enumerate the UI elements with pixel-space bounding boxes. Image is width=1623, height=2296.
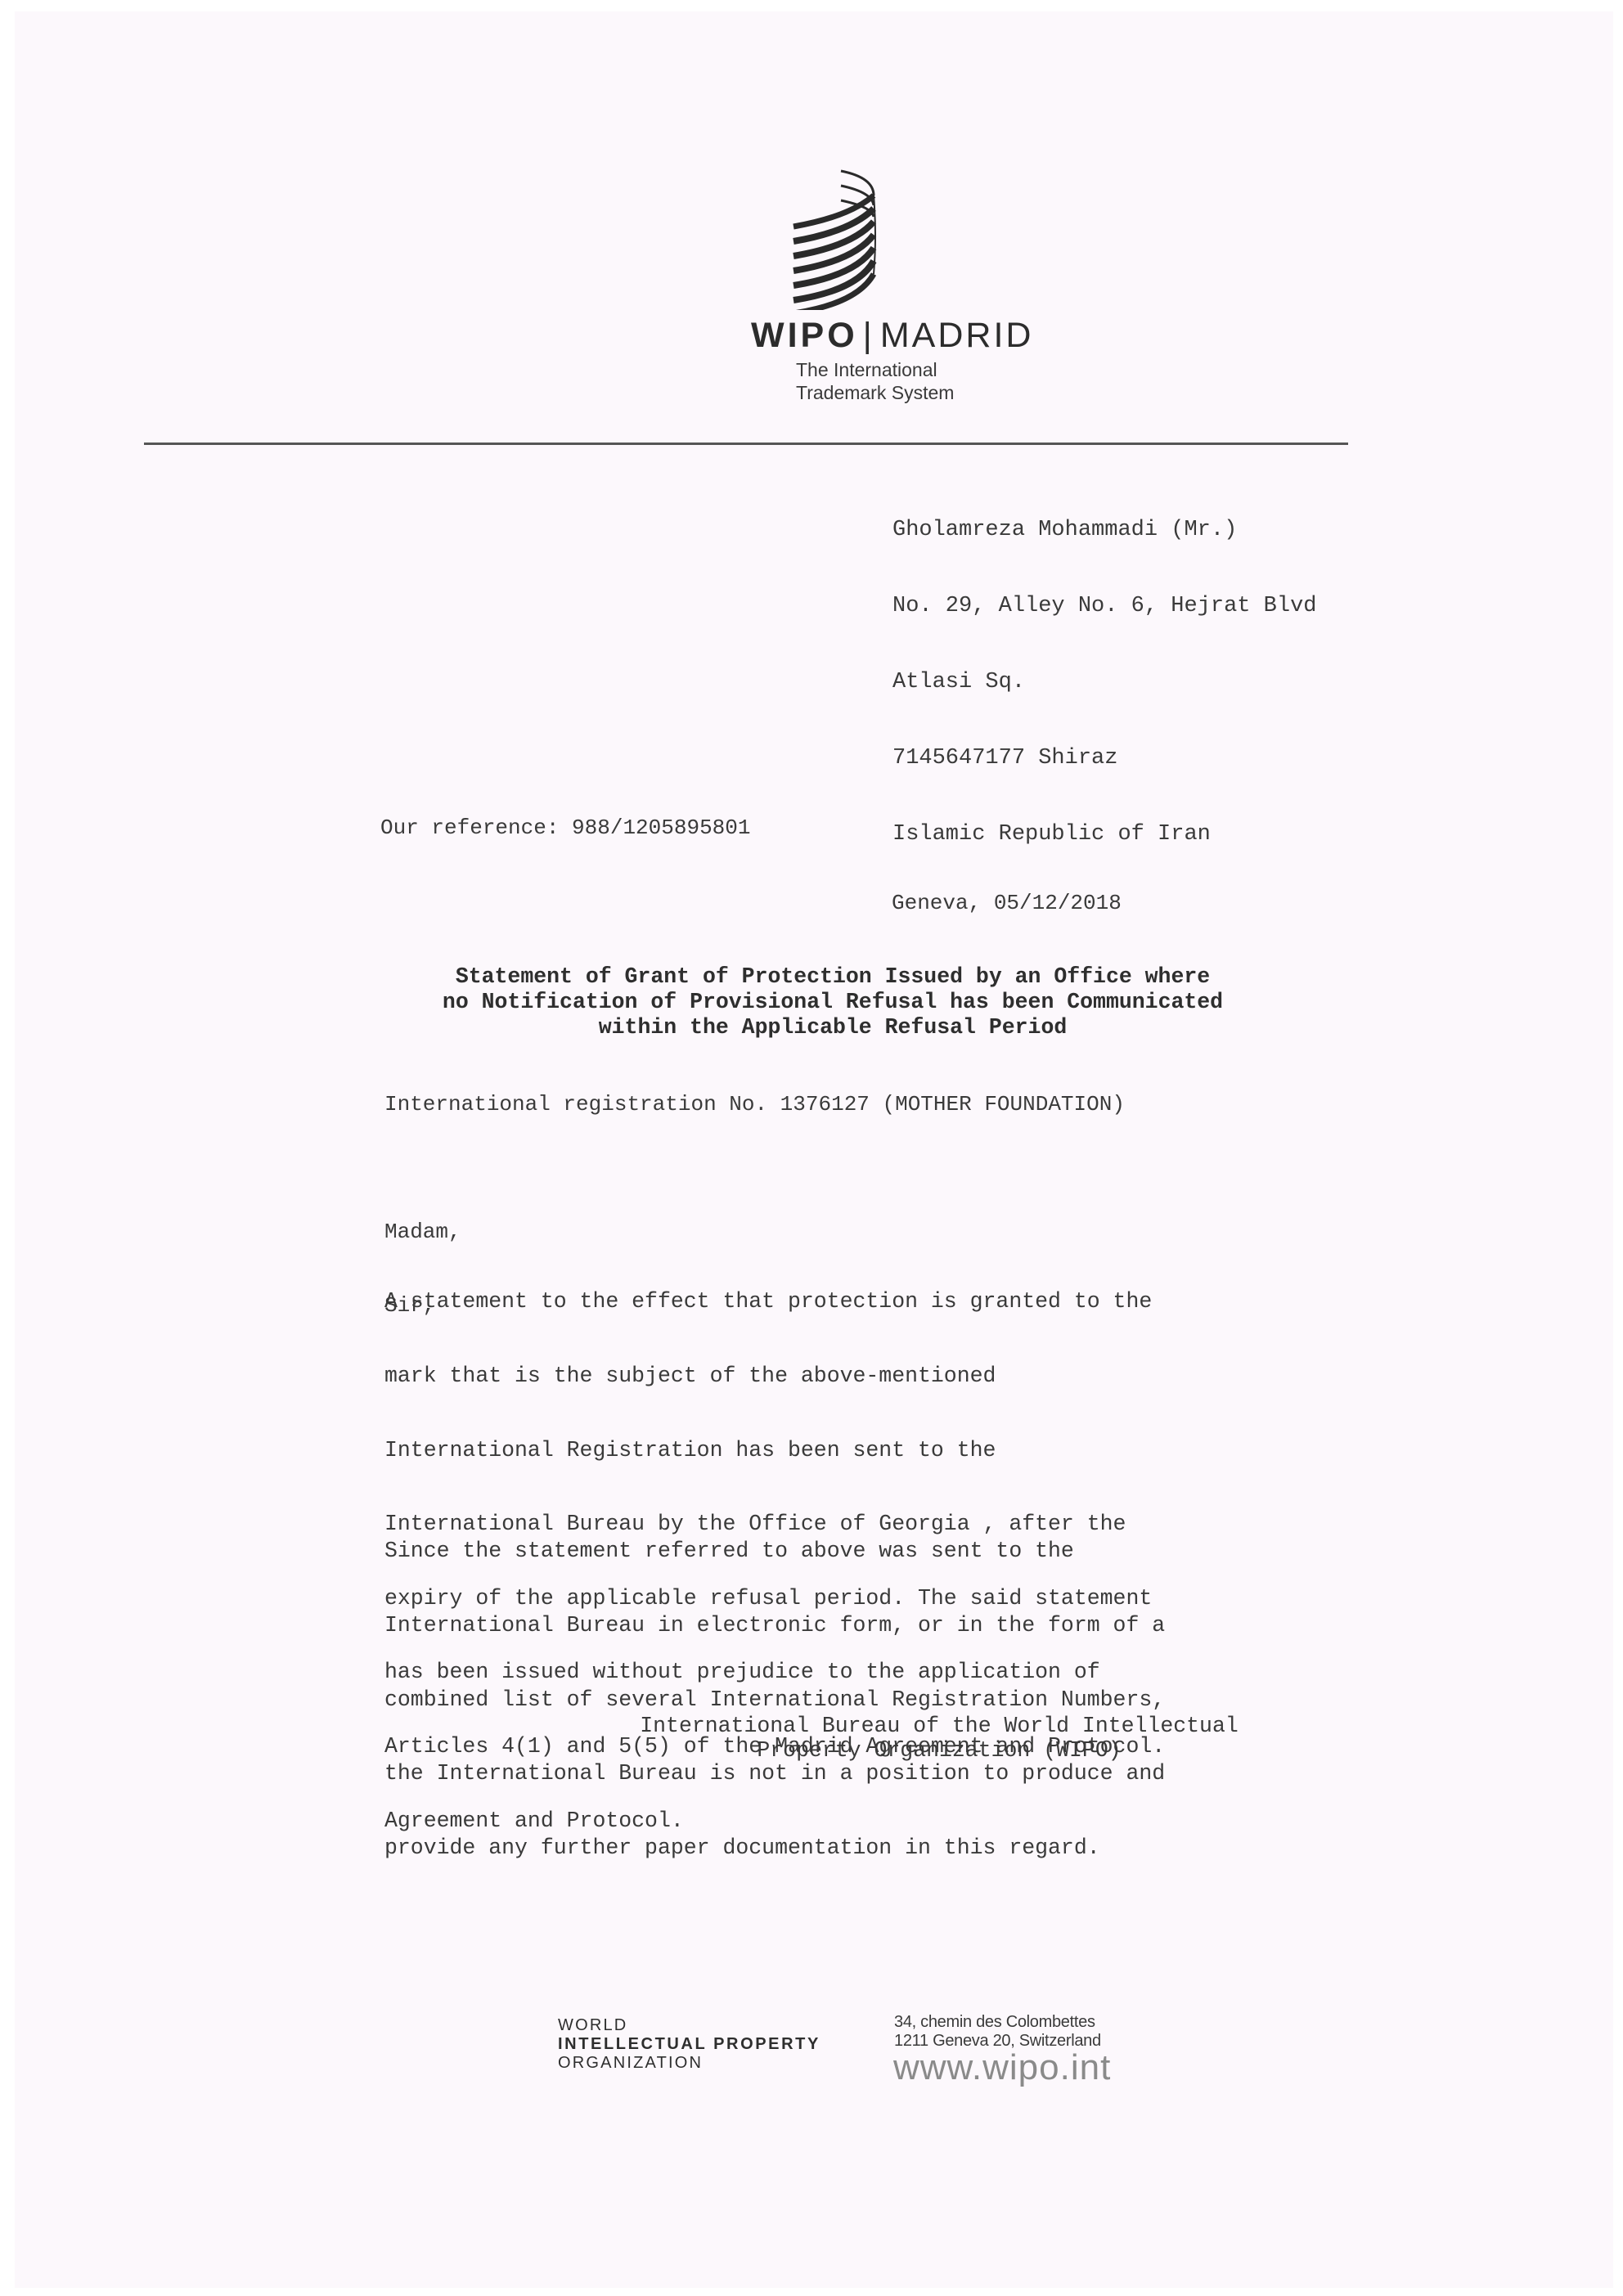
title-line: no Notification of Provisional Refusal h… bbox=[375, 990, 1291, 1015]
paragraph-line: A statement to the effect that protectio… bbox=[384, 1289, 1165, 1314]
logo-subtitle-line: Trademark System bbox=[796, 381, 954, 404]
paragraph-line: Since the statement referred to above wa… bbox=[384, 1539, 1165, 1563]
logo-brand: WIPO bbox=[751, 316, 858, 355]
address-line: Atlasi Sq. bbox=[892, 670, 1316, 695]
footer-address-line: 34, chemin des Colombettes bbox=[894, 2013, 1101, 2032]
signature-line: Property Organization (WIPO) bbox=[579, 1738, 1299, 1763]
paragraph-line: mark that is the subject of the above-me… bbox=[384, 1364, 1165, 1388]
logo-subtitle: The International Trademark System bbox=[796, 358, 954, 404]
document-title: Statement of Grant of Protection Issued … bbox=[375, 964, 1291, 1040]
paragraph-line: International Registration has been sent… bbox=[384, 1438, 1165, 1463]
place-and-date: Geneva, 05/12/2018 bbox=[892, 891, 1122, 915]
title-line: within the Applicable Refusal Period bbox=[375, 1015, 1291, 1040]
wipo-logo-icon bbox=[792, 163, 882, 310]
paragraph-line: International Bureau in electronic form,… bbox=[384, 1613, 1165, 1638]
logo-separator: | bbox=[863, 316, 875, 356]
recipient-address: Gholamreza Mohammadi (Mr.) No. 29, Alley… bbox=[892, 467, 1316, 898]
logo-wordmark: WIPO|MADRID bbox=[751, 316, 1033, 356]
address-line: Gholamreza Mohammadi (Mr.) bbox=[892, 518, 1316, 543]
address-line: No. 29, Alley No. 6, Hejrat Blvd bbox=[892, 594, 1316, 619]
letter-page: WIPO|MADRID The International Trademark … bbox=[15, 11, 1613, 2288]
footer-org-line: INTELLECTUAL PROPERTY bbox=[558, 2035, 820, 2054]
signature-block: International Bureau of the World Intell… bbox=[579, 1714, 1299, 1763]
our-reference: Our reference: 988/1205895801 bbox=[380, 816, 750, 840]
address-line: Islamic Republic of Iran bbox=[892, 822, 1316, 847]
footer-org-line: ORGANIZATION bbox=[558, 2054, 820, 2073]
paragraph-line: the International Bureau is not in a pos… bbox=[384, 1761, 1165, 1786]
signature-line: International Bureau of the World Intell… bbox=[579, 1714, 1299, 1738]
title-line: Statement of Grant of Protection Issued … bbox=[375, 964, 1291, 990]
paragraph-line: provide any further paper documentation … bbox=[384, 1835, 1165, 1860]
logo-product: MADRID bbox=[880, 316, 1034, 355]
footer-org-line: WORLD bbox=[558, 2016, 820, 2035]
footer-address: 34, chemin des Colombettes 1211 Geneva 2… bbox=[894, 2013, 1101, 2051]
logo-subtitle-line: The International bbox=[796, 358, 954, 381]
international-registration: International registration No. 1376127 (… bbox=[384, 1092, 1125, 1117]
header-divider bbox=[144, 443, 1348, 445]
footer-organization: WORLD INTELLECTUAL PROPERTY ORGANIZATION bbox=[558, 2016, 820, 2073]
footer-website-link[interactable]: www.wipo.int bbox=[893, 2047, 1111, 2088]
body-paragraph-2: Since the statement referred to above wa… bbox=[384, 1489, 1165, 1909]
paragraph-line: combined list of several International R… bbox=[384, 1687, 1165, 1712]
address-line: 7145647177 Shiraz bbox=[892, 746, 1316, 771]
